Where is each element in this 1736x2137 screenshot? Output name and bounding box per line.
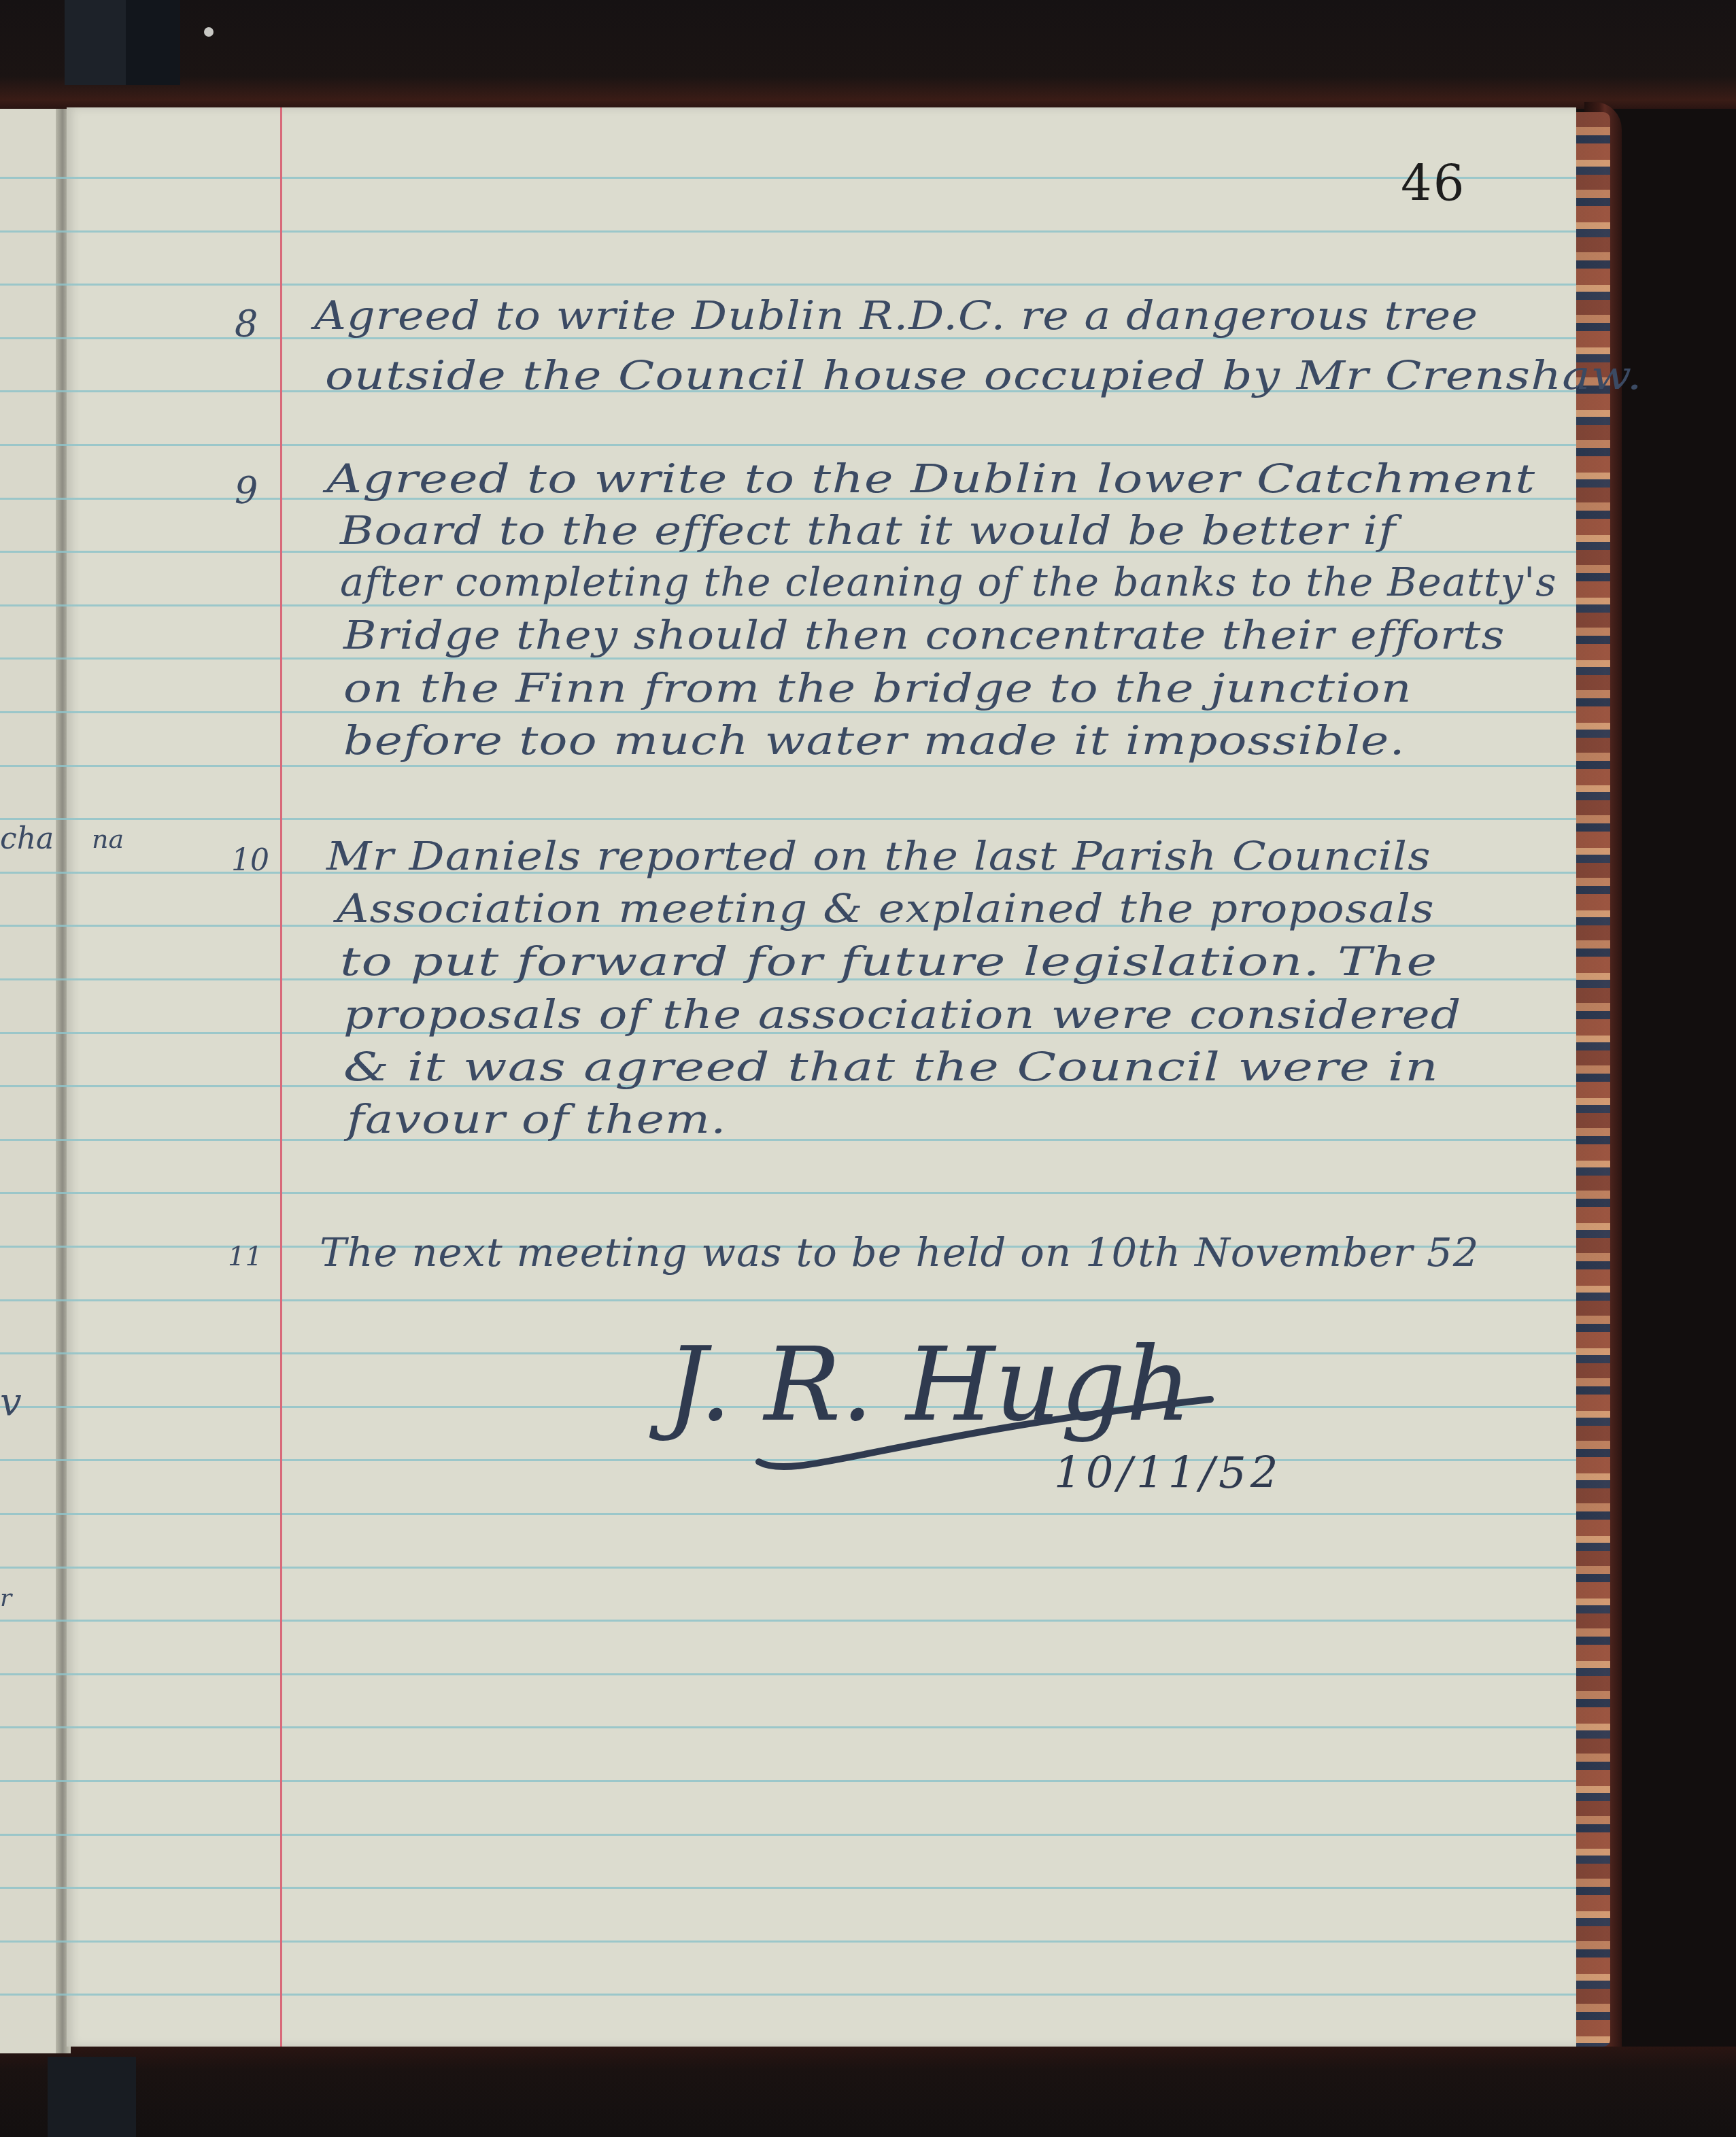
ruled-line bbox=[0, 1299, 1576, 1301]
ruled-line bbox=[0, 1941, 1576, 1943]
book-cover-bottom bbox=[0, 2047, 1736, 2137]
entry-line: Agreed to write Dublin R.D.C. re a dange… bbox=[314, 292, 1478, 339]
entry-line: proposals of the association were consid… bbox=[343, 991, 1462, 1038]
left-page-fragment: cha bbox=[0, 821, 54, 856]
entry-number: 9 bbox=[235, 469, 258, 512]
marbled-page-edges bbox=[1576, 112, 1610, 2047]
left-page-fragment: na bbox=[92, 824, 124, 854]
entry-line: Board to the effect that it would be bet… bbox=[340, 507, 1396, 553]
entry-line: before too much water made it impossible… bbox=[343, 717, 1406, 764]
ruled-line bbox=[0, 1513, 1576, 1515]
entry-number: 8 bbox=[235, 303, 258, 345]
entry-line: Mr Daniels reported on the last Parish C… bbox=[326, 833, 1431, 879]
entry-line: Agreed to write to the Dublin lower Catc… bbox=[326, 456, 1535, 502]
ruled-line bbox=[0, 1620, 1576, 1622]
entry-line: favour of them. bbox=[347, 1096, 727, 1142]
ruled-line bbox=[0, 1887, 1576, 1889]
ruled-line bbox=[0, 1139, 1576, 1141]
entry-line: & it was agreed that the Council were in bbox=[343, 1044, 1439, 1090]
ruled-line bbox=[0, 1780, 1576, 1782]
ruled-line bbox=[0, 1567, 1576, 1569]
entry-line: outside the Council house occupied by Mr… bbox=[325, 352, 1643, 398]
ruled-line bbox=[0, 711, 1576, 713]
entry-line: Association meeting & explained the prop… bbox=[337, 885, 1435, 931]
spine-strip-bottom bbox=[48, 2057, 136, 2137]
entry-line: Bridge they should then concentrate thei… bbox=[343, 612, 1505, 658]
entry-line: after completing the cleaning of the ban… bbox=[340, 559, 1557, 605]
ruled-line bbox=[0, 818, 1576, 820]
signature-date: 10/11/52 bbox=[1054, 1448, 1282, 1499]
ruled-line bbox=[0, 284, 1576, 286]
ruled-line bbox=[0, 1673, 1576, 1675]
ruled-line bbox=[0, 1834, 1576, 1836]
ruled-line bbox=[0, 1726, 1576, 1728]
spine-strip-dark bbox=[126, 0, 180, 85]
left-page-fragment: v bbox=[0, 1380, 22, 1424]
book-cover-right bbox=[1605, 109, 1736, 2067]
ruled-line bbox=[0, 230, 1576, 233]
page-number: 46 bbox=[1401, 155, 1466, 212]
book-cover-top bbox=[0, 0, 1736, 109]
entry-line: to put forward for future legislation. T… bbox=[340, 938, 1437, 985]
ruled-line bbox=[0, 1994, 1576, 1996]
left-page-fragment: r bbox=[0, 1584, 12, 1612]
ruled-line bbox=[0, 1192, 1576, 1194]
red-margin-line bbox=[280, 107, 282, 2047]
ruled-line bbox=[0, 177, 1576, 179]
entry-number: 11 bbox=[228, 1241, 262, 1272]
entry-number: 10 bbox=[231, 843, 269, 878]
cover-speck bbox=[204, 27, 214, 37]
entry-line: The next meeting was to be held on 10th … bbox=[320, 1229, 1479, 1276]
ruled-line bbox=[0, 444, 1576, 446]
entry-line: on the Finn from the bridge to the junct… bbox=[343, 665, 1412, 711]
ruled-line bbox=[0, 765, 1576, 767]
